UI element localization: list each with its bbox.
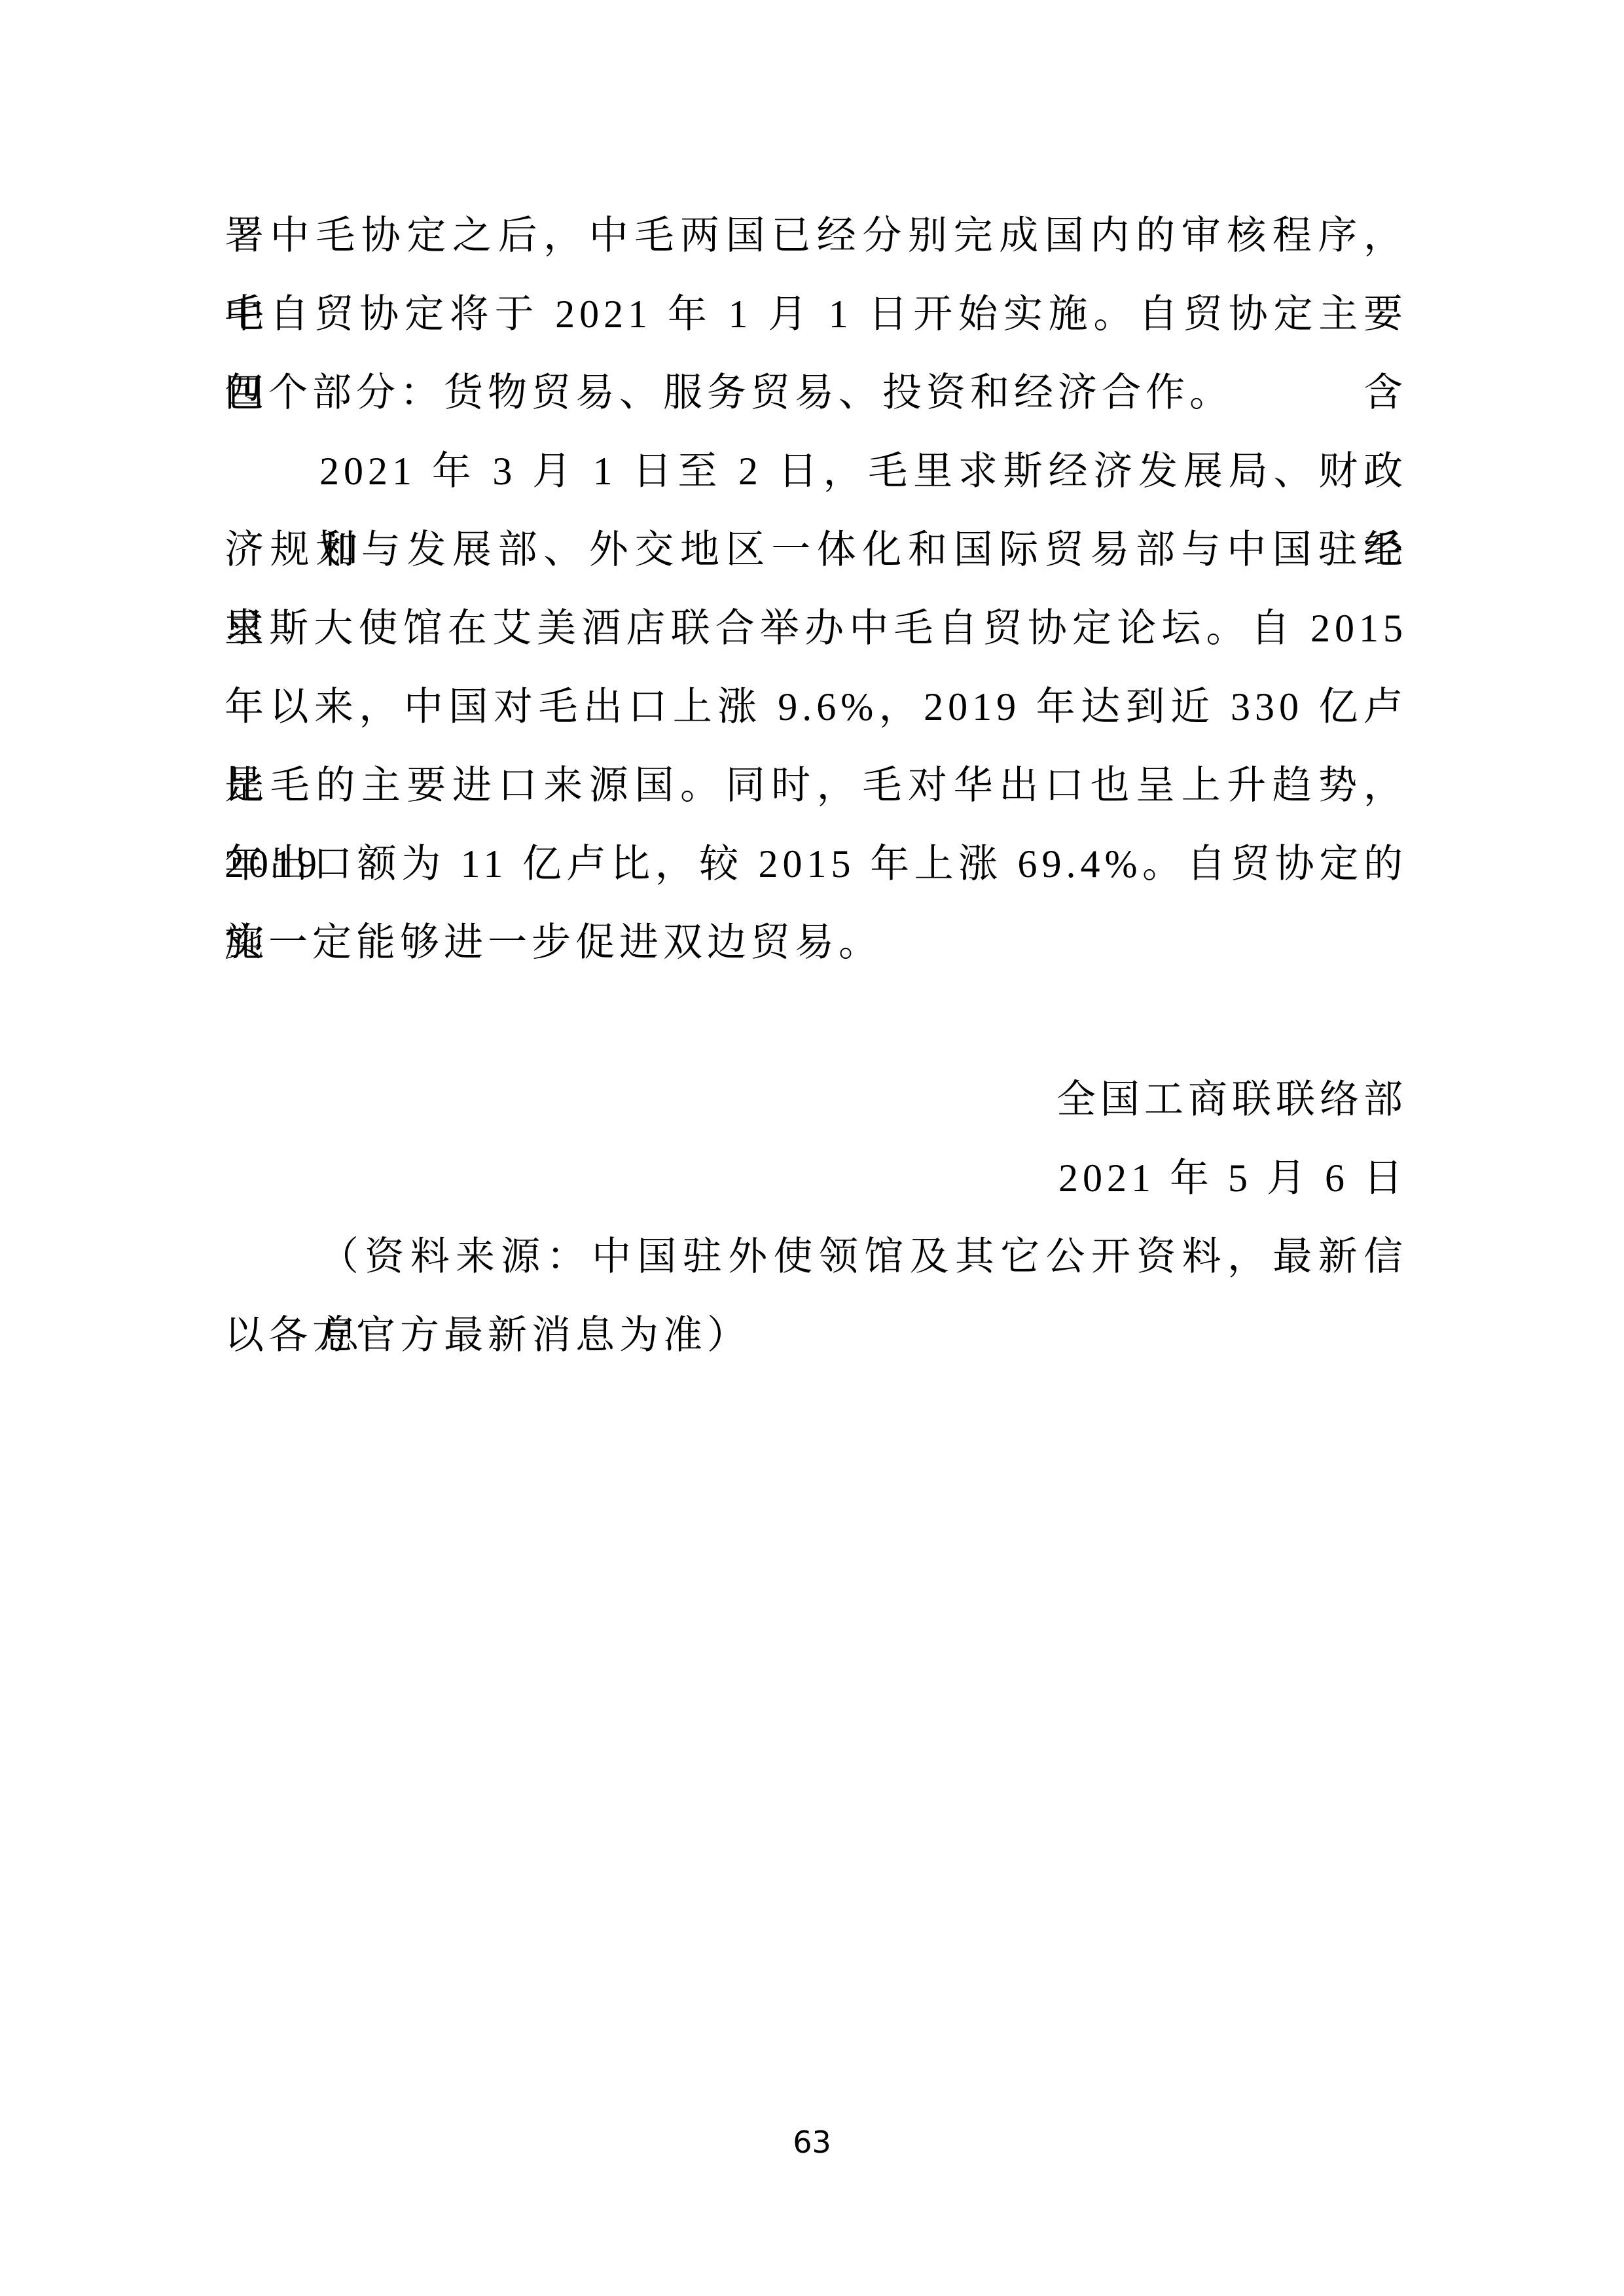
- body-line: 年出口额为 11 亿卢比，较 2015 年上涨 69.4%。自贸协定的实: [225, 825, 1407, 903]
- body-line: 是毛的主要进口来源国。同时，毛对华出口也呈上升趋势，2019: [225, 746, 1407, 825]
- body-line: 年以来，中国对毛出口上涨 9.6%，2019 年达到近 330 亿卢比，: [225, 668, 1407, 746]
- source-note-line: 以各方官方最新消息为准）: [225, 1296, 1407, 1374]
- body-line: 济规划与发展部、外交地区一体化和国际贸易部与中国驻毛里: [225, 511, 1407, 589]
- body-line: 毛自贸协定将于 2021 年 1 月 1 日开始实施。自贸协定主要包含: [225, 275, 1407, 353]
- signature-line: 全国工商联联络部: [225, 1060, 1407, 1139]
- body-line: 求斯大使馆在艾美酒店联合举办中毛自贸协定论坛。自 2015: [225, 589, 1407, 668]
- date-line: 2021 年 5 月 6 日: [225, 1139, 1407, 1217]
- document-page: 署中毛协定之后，中毛两国已经分别完成国内的审核程序，中 毛自贸协定将于 2021…: [0, 0, 1624, 2296]
- body-line: 施一定能够进一步促进双边贸易。: [225, 903, 1407, 982]
- body-line: 2021 年 3 月 1 日至 2 日，毛里求斯经济发展局、财政和经: [225, 432, 1407, 511]
- blank-line: [225, 982, 1407, 1060]
- source-note-line: （资料来源：中国驻外使领馆及其它公开资料，最新信息: [225, 1217, 1407, 1296]
- body-line: 四个部分：货物贸易、服务贸易、投资和经济合作。: [225, 353, 1407, 432]
- page-number: 63: [0, 2123, 1624, 2162]
- body-line: 署中毛协定之后，中毛两国已经分别完成国内的审核程序，中: [225, 196, 1407, 275]
- text-block: 署中毛协定之后，中毛两国已经分别完成国内的审核程序，中 毛自贸协定将于 2021…: [225, 196, 1407, 1374]
